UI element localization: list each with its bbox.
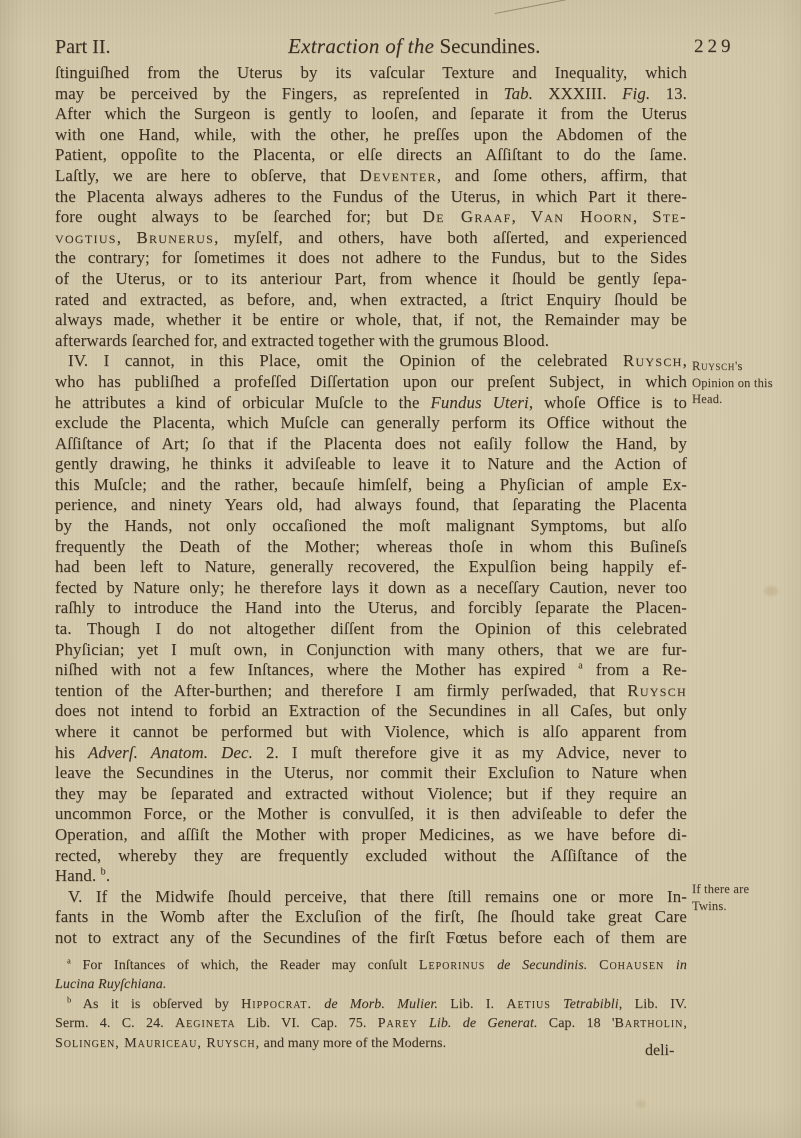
text-segment: leave the Secundines in the Uterus, nor … <box>55 763 687 782</box>
margin-note-ruysch-opinion: Ruysch's Opinion on this Head. <box>692 358 787 408</box>
text-segment: Serm. 4. C. 24. <box>55 1016 175 1031</box>
text-segment: Aegineta <box>175 1016 236 1031</box>
text-line: uncommon Force, or the Mother is convulſ… <box>55 804 687 825</box>
text-segment: , <box>117 228 137 247</box>
text-line: ſtinguiſhed from the Uterus by its vaſcu… <box>55 63 687 84</box>
text-segment: As it is obſerved by <box>71 997 241 1012</box>
text-line: fants in the Womb after the Excluſion of… <box>55 907 687 928</box>
text-segment: Aſſiſtance of Art; ſo that if the Placen… <box>55 434 687 453</box>
text-line: rated and extracted, as before, and, whe… <box>55 290 687 311</box>
foxing-spot <box>636 1100 646 1108</box>
running-title-part: Part II. <box>55 36 111 59</box>
text-segment: he attributes a kind of orbicular Muſcle… <box>55 393 430 412</box>
catchword: deli- <box>645 1042 674 1060</box>
text-segment: Brunerus <box>136 228 214 247</box>
text-line: frequently the Death of the Mother; wher… <box>55 537 687 558</box>
text-segment: If there are Twins. <box>692 882 749 913</box>
text-line: Serm. 4. C. 24. Aegineta Lib. VI. Cap. 7… <box>55 1014 687 1033</box>
text-segment: exclude the Placenta, which Muſcle can g… <box>55 413 687 432</box>
text-segment: 13. <box>650 84 687 103</box>
text-segment: Cohausen <box>599 958 664 973</box>
text-line: perience, and ninety Years old, had alwa… <box>55 495 687 516</box>
text-segment: rated and extracted, as before, and, whe… <box>55 290 687 309</box>
text-line: niſhed with not a few Inſtances, where t… <box>55 660 687 681</box>
text-segment: rected, whereby they are frequently excl… <box>55 846 687 865</box>
text-line: where it cannot be performed but with Vi… <box>55 722 687 743</box>
text-segment: frequently the Death of the Mother; wher… <box>55 537 687 556</box>
text-segment: Ruysch <box>623 351 683 370</box>
text-segment: not to extract any of the Secundines of … <box>55 928 687 947</box>
text-line: fore ought always to be ſearched for; bu… <box>55 207 687 228</box>
text-segment: Ruysch <box>627 681 687 700</box>
text-line: a For Inſtances of which, the Reader may… <box>55 956 687 975</box>
text-segment: , <box>512 207 531 226</box>
text-segment: , Lib. IV. <box>619 997 687 1012</box>
text-segment: , <box>683 1016 687 1031</box>
text-segment: the contrary; for ſometimes it does not … <box>55 248 687 267</box>
text-segment: tention of the After-burthen; and theref… <box>55 681 627 700</box>
text-segment: always made, whether it be entire or who… <box>55 310 687 329</box>
text-segment: Aetius <box>506 997 550 1012</box>
text-segment: Parey <box>378 1016 418 1031</box>
text-segment: Solingen, Mauriceau, Ruysch, <box>55 1036 260 1051</box>
text-line: After which the Surgeon is gently to loo… <box>55 104 687 125</box>
text-line: they may be ſeparated and extracted with… <box>55 784 687 805</box>
text-segment: , and ſome others, affirm, that <box>437 166 687 185</box>
text-segment: Lib. I. <box>438 997 506 1012</box>
text-segment: Leporinus <box>419 958 485 973</box>
text-line: V. If the Midwife ſhould perceive, that … <box>55 887 687 908</box>
text-segment: the Placenta always adheres to the Fundu… <box>55 187 687 206</box>
text-line: not to extract any of the Secundines of … <box>55 928 687 949</box>
text-segment: V. If the Midwife ſhould perceive, that … <box>68 887 687 906</box>
text-line: had been left to Nature, generally recov… <box>55 557 687 578</box>
text-line: IV. I cannot, in this Place, omit the Op… <box>55 351 687 372</box>
margin-note-twins: If there are Twins. <box>692 881 787 914</box>
text-segment: Fundus Uteri <box>430 393 528 412</box>
text-line: Solingen, Mauriceau, Ruysch, and many mo… <box>55 1034 687 1053</box>
text-segment: ta. Though I do not altogether diſſent f… <box>55 619 687 638</box>
scan-artifact-line <box>495 0 568 14</box>
text-line: Aſſiſtance of Art; ſo that if the Placen… <box>55 434 687 455</box>
text-line: by the Hands, not only occaſioned the mo… <box>55 516 687 537</box>
text-segment: perience, and ninety Years old, had alwa… <box>55 495 687 514</box>
text-segment: Ste- <box>652 207 687 226</box>
text-line: fected by Nature only; he therefore lays… <box>55 578 687 599</box>
text-line: may be perceived by the Fingers, as repr… <box>55 84 687 105</box>
text-line: vogtius, Brunerus, myſelf, and others, h… <box>55 228 687 249</box>
text-line: afterwards ſearched for, and extracted t… <box>55 331 687 352</box>
text-segment: For Inſtances of which, the Reader may c… <box>71 958 419 973</box>
text-segment: de Morb. Mulier. <box>324 997 438 1012</box>
text-segment: where it cannot be performed but with Vi… <box>55 722 687 741</box>
text-segment: and many more of the Moderns. <box>260 1036 446 1051</box>
text-segment: niſhed with not a few Inſtances, where t… <box>55 660 578 679</box>
text-segment: fore ought always to be ſearched for; bu… <box>55 207 423 226</box>
text-line: leave the Secundines in the Uterus, nor … <box>55 763 687 784</box>
text-line: who has publiſhed a profeſſed Diſſertati… <box>55 372 687 393</box>
page-number: 229 <box>694 36 735 58</box>
text-segment: raſhly to introduce the Hand into the Ut… <box>55 598 687 617</box>
running-title-italic: Extraction of the <box>288 34 434 58</box>
text-line: Operation, and aſſiſt the Mother with pr… <box>55 825 687 846</box>
text-segment: Van Hoorn <box>531 207 633 226</box>
text-segment: Hand. <box>55 866 101 885</box>
text-segment: fected by Nature only; he therefore lays… <box>55 578 687 597</box>
text-line: he attributes a kind of orbicular Muſcle… <box>55 393 687 414</box>
text-segment <box>664 958 676 973</box>
text-segment: 2. I muſt therefore give it as my Advice… <box>253 743 687 762</box>
text-segment: De Graaf <box>423 207 512 226</box>
text-line: tention of the After-burthen; and theref… <box>55 681 687 702</box>
text-segment: Ruysch <box>692 359 735 373</box>
text-segment: does not intend to forbid an Extraction … <box>55 701 687 720</box>
text-segment: de Secundinis. <box>497 958 587 973</box>
text-segment: gently drawing, he thinks it adviſeable … <box>55 454 687 473</box>
text-line: raſhly to introduce the Hand into the Ut… <box>55 598 687 619</box>
footnotes: a For Inſtances of which, the Reader may… <box>55 956 687 1053</box>
text-segment: Lib. de Generat. <box>429 1016 538 1031</box>
text-line: ta. Though I do not altogether diſſent f… <box>55 619 687 640</box>
text-segment: Cap. 18 ' <box>538 1016 615 1031</box>
foxing-spot <box>764 586 778 596</box>
text-segment: IV. I cannot, in this Place, omit the Op… <box>68 351 623 370</box>
text-segment: Hippocrat. <box>241 997 312 1012</box>
text-segment <box>418 1016 429 1031</box>
text-segment: with one Hand, while, with the other, he… <box>55 125 687 144</box>
text-segment: Deventer <box>360 166 437 185</box>
text-segment: Lib. VI. Cap. 75. <box>236 1016 378 1031</box>
text-line: does not intend to forbid an Extraction … <box>55 701 687 722</box>
text-segment: , <box>633 207 652 226</box>
body-text: ſtinguiſhed from the Uterus by its vaſcu… <box>55 63 687 949</box>
text-line: with one Hand, while, with the other, he… <box>55 125 687 146</box>
text-segment: in <box>676 958 687 973</box>
running-title: Extraction of the Secundines. <box>288 34 540 59</box>
text-segment: Operation, and aſſiſt the Mother with pr… <box>55 825 687 844</box>
text-line: Lucina Ruyſchiana. <box>55 975 687 994</box>
text-line: always made, whether it be entire or who… <box>55 310 687 331</box>
text-segment: this Muſcle; and the rather, becauſe him… <box>55 475 687 494</box>
text-line: the Placenta always adheres to the Fundu… <box>55 187 687 208</box>
text-segment: , myſelf, and others, have both aſſerted… <box>214 228 687 247</box>
text-line: gently drawing, he thinks it adviſeable … <box>55 454 687 475</box>
text-segment: from a Re- <box>583 660 687 679</box>
text-segment: XXXIII. <box>533 84 622 103</box>
text-line: Hand. b. <box>55 866 687 887</box>
text-segment: may be perceived by the Fingers, as repr… <box>55 84 504 103</box>
text-segment: uncommon Force, or the Mother is convulſ… <box>55 804 687 823</box>
text-segment: Adverſ. Anatom. Dec. <box>88 743 253 762</box>
text-segment: Tetrabibli <box>563 997 619 1012</box>
text-segment: afterwards ſearched for, and extracted t… <box>55 331 549 350</box>
text-segment: , whoſe Office is to <box>529 393 687 412</box>
text-segment: After which the Surgeon is gently to loo… <box>55 104 687 123</box>
text-segment <box>312 997 324 1012</box>
text-segment: they may be ſeparated and extracted with… <box>55 784 687 803</box>
text-segment: who has publiſhed a profeſſed Diſſertati… <box>55 372 687 391</box>
book-page: Part II. Extraction of the Secundines. 2… <box>0 0 801 1138</box>
text-line: Patient, oppoſite to the Placenta, or el… <box>55 145 687 166</box>
text-line: Laſtly, we are here to obſerve, that Dev… <box>55 166 687 187</box>
text-segment <box>551 997 563 1012</box>
text-segment: Lucina Ruyſchiana. <box>55 977 166 992</box>
text-segment: Tab. <box>504 84 533 103</box>
text-segment: Fig. <box>622 84 650 103</box>
text-segment: Bartholin <box>615 1016 684 1031</box>
text-line: exclude the Placenta, which Muſcle can g… <box>55 413 687 434</box>
text-line: this Muſcle; and the rather, becauſe him… <box>55 475 687 496</box>
text-segment: vogtius <box>55 228 117 247</box>
text-segment <box>485 958 497 973</box>
text-line: Phyſician; yet I muſt own, in Conjunctio… <box>55 640 687 661</box>
text-segment: , <box>683 351 687 370</box>
text-line: of the Uterus, or to its anteriour Part,… <box>55 269 687 290</box>
text-segment: Patient, oppoſite to the Placenta, or el… <box>55 145 687 164</box>
text-segment: fants in the Womb after the Excluſion of… <box>55 907 687 926</box>
text-line: b As it is obſerved by Hippocrat. de Mor… <box>55 995 687 1014</box>
text-line: his Adverſ. Anatom. Dec. 2. I muſt there… <box>55 743 687 764</box>
text-segment: his <box>55 743 88 762</box>
text-line: rected, whereby they are frequently excl… <box>55 846 687 867</box>
text-segment: Phyſician; yet I muſt own, in Conjunctio… <box>55 640 687 659</box>
running-title-roman: Secundines. <box>434 34 540 58</box>
text-segment: Laſtly, we are here to obſerve, that <box>55 166 360 185</box>
text-segment: had been left to Nature, generally recov… <box>55 557 687 576</box>
text-segment: . <box>106 866 110 885</box>
text-segment <box>587 958 599 973</box>
text-line: the contrary; for ſometimes it does not … <box>55 248 687 269</box>
text-segment: ſtinguiſhed from the Uterus by its vaſcu… <box>55 63 687 82</box>
text-segment: by the Hands, not only occaſioned the mo… <box>55 516 687 535</box>
text-segment: of the Uterus, or to its anteriour Part,… <box>55 269 687 288</box>
